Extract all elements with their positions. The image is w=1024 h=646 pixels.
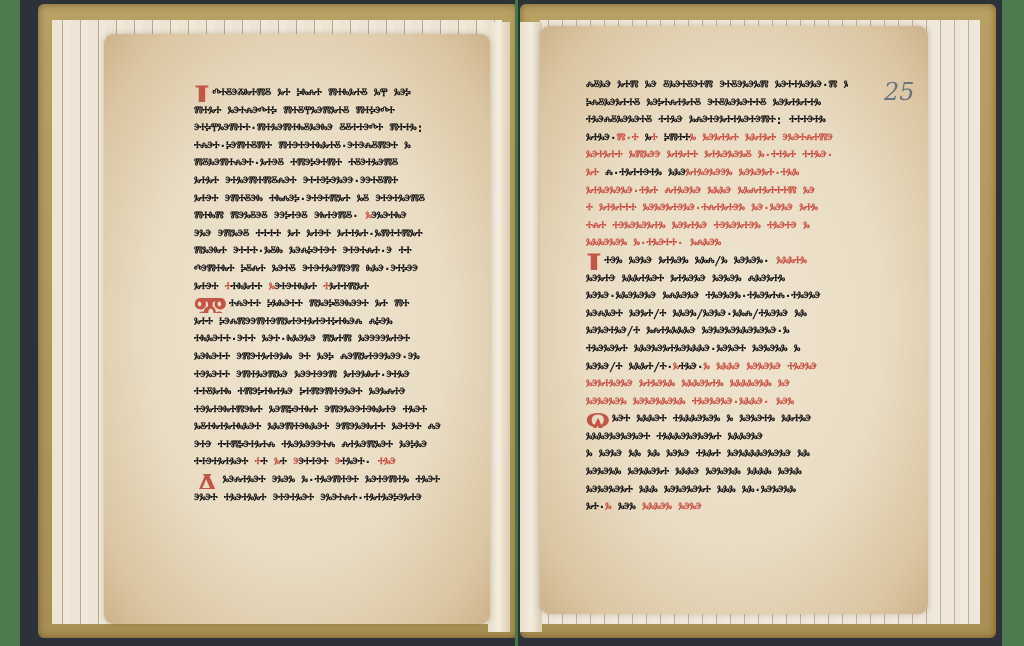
body-text: ⰰⰰⰻⰳⰰⰸ ⰰⰿⰵⰽⰰⰸⰰⰳⰵ ⰽⰰⰿⰵⰿⰰⰵⰳⰵⰰ ⰳⰵⰳⰾⰰⰵ <box>194 384 405 399</box>
body-text: ⰰⰰⰵⰰⰳⰰⰳⰵⰰ <box>194 454 255 469</box>
body-text: ⰳⰵⰳⰵ/ⰰ ⰳⰳⰳⰰ/ⰰ· <box>586 359 673 374</box>
body-text: ⰵⰰⰵ ⰰⰰⰿⰽⰵⰰⰳⰰⰾ ⰰⰳⰵⰳⰵⰵⰵⰰⰾ ⰾⰰⰳⰵⰿⰳⰵⰰ ⰳⰵⰽⰳⰵ <box>194 437 427 452</box>
rubric-text: ⰳⰰⰳⰵⰳⰵⰳⰵ·ⰰⰳⰰ ⰾⰰⰳⰵⰳⰵ ⰳⰳⰳⰵ ⰳⰳⰾⰰⰳⰰⰰⰰⰿ ⰳⰵ <box>586 183 814 198</box>
body-text: ⰳⰵⰸⰵⰰⰰ ⰵⰿⰵⰰⰳⰰⰵⰳⰸ ⰵⰰ ⰳⰵⰽ ⰾⰵⰿⰳⰰⰵⰵⰳⰵⰵ·ⰵⰳ <box>194 349 419 364</box>
body-text: ⰵⰳⰵ ⰵⰿⰳⰵⰻ ⰰⰰⰰⰰ ⰳⰰ ⰳⰰⰵⰰ ⰳⰰⰰⰳⰰ·ⰳⰿⰰⰰⰿⰳⰰ <box>194 226 422 241</box>
rubric-text: ⰳⰳⰳⰵⰳⰵⰳ ⰳ·ⰰⰳⰵⰰⰰ· ⰳⰾⰳⰵⰳ <box>586 235 721 250</box>
body-text: ⰳⰵⰳ <box>611 499 642 514</box>
text-line: ⰵⰳⰵ ⰵⰿⰳⰵⰻ ⰰⰰⰰⰰ ⰳⰰ ⰳⰰⰵⰰ ⰳⰰⰰⰳⰰ·ⰳⰿⰰⰰⰿⰳⰰ <box>194 225 464 243</box>
body-text: ⰳⰵⰳⰵⰳⰵⰳⰰ ⰳⰳⰳ ⰳⰵⰳⰵⰳⰵⰳⰰ ⰳⰳⰳ ⰳⰳ·ⰳⰵⰳⰵⰳⰳ <box>586 482 795 497</box>
text-line: Ꙇⰰⰵⰳ ⰳⰵⰳⰵ ⰳⰰⰳⰵⰳ ⰳⰳⰾ/ⰳ ⰳⰵⰳⰵⰳ· ⰳⰳⰳⰰⰳ <box>586 252 848 270</box>
gutter-left <box>488 22 510 632</box>
body-text: ⰳⰵⰳⰰⰵ ⰳⰳⰳⰰⰳⰵⰰ ⰳⰰⰳⰵⰳⰵ ⰳⰵⰳⰵⰳ ⰾⰳⰵⰳⰰⰳ <box>586 271 785 286</box>
body-text: ⰳⰳⰳⰵⰳⰵⰳⰵⰳⰵⰰ ⰰⰳⰳⰳⰵⰳⰵⰳⰵⰳⰰ ⰳⰳⰳⰵⰳⰵ <box>586 429 762 444</box>
body-text: ⰰⰵⰳ ⰳⰵⰳⰵ ⰳⰰⰳⰵⰳ ⰳⰳⰾ/ⰳ ⰳⰵⰳⰵⰳ· <box>604 253 776 268</box>
body-text: ⰰⰵⰳⰰⰵⰸⰰⰿⰵⰸⰰ ⰳⰵⰿⰽⰵⰰⰸⰰ ⰵⰿⰵⰳⰵⰵⰰⰵⰸⰳⰰⰵ ⰰⰳⰵⰰ <box>194 402 427 417</box>
text-line: ⰴⰵⰿⰰⰸⰰ ⰽⰻⰾⰰ ⰳⰵⰰⰻ ⰵⰰⰵⰰⰳⰵⰿⰵⰿ ⰸⰳⰵ·ⰵⰰⰽⰵⰵ <box>194 260 464 278</box>
decorated-initial: Ꙇ <box>586 252 601 270</box>
text-line: Ꙇⰴⰰⰻⰵⰶⰸⰰⰿⰻ ⰳⰰ ⰽⰸⰾⰰ ⰿⰰⰸⰳⰰⰻ ⰳⰹ ⰳⰵⰽ <box>194 84 464 102</box>
text-line: ⰳⰵⰳⰵⰰⰳⰵ/ⰰ ⰳⰾⰰⰳⰳⰳⰳⰵ ⰳⰵⰳⰵⰳⰵⰳⰳⰵⰳⰵⰳⰵ·ⰳ <box>586 322 848 340</box>
left-text-block: Ꙇⰴⰰⰻⰵⰶⰸⰰⰿⰻ ⰳⰰ ⰽⰸⰾⰰ ⰿⰰⰸⰳⰰⰻ ⰳⰹ ⰳⰵⰽⰿⰰⰳⰰ ⰳⰵⰰ… <box>194 84 464 506</box>
text-line: ⰳⰵⰳⰰⰳⰵⰳⰵ ⰳⰰⰳⰵⰳⰳ ⰳⰳⰳⰵⰳⰰⰳ ⰳⰳⰳⰳⰵⰳⰳ ⰳⰵ <box>586 375 848 393</box>
text-line: ⰰⰾⰵⰰ·ⰽⰵⰿⰰⰻⰿⰰ ⰿⰰⰵⰰⰵⰰⰸⰳⰰⰻ·ⰵⰰⰵⰾⰻⰿⰵⰰ ⰳ <box>194 137 464 155</box>
rubric-text: ⰰⰳⰵ <box>378 454 396 469</box>
rubric-text: ⰳⰵⰰⰳⰰⰰ ⰳⰿⰳⰵⰵ ⰳⰰⰳⰰⰰ ⰳⰰⰳⰵⰳⰵⰳⰻ ⰳ·ⰰⰰⰳⰰ ⰰⰰⰳⰵ· <box>586 147 833 162</box>
text-line: ⰳⰵⰳⰵⰳⰳ ⰳⰵⰳⰳⰵⰳⰰ ⰳⰳⰳⰵ ⰳⰵⰳⰵⰳⰳ ⰳⰳⰳⰳ ⰳⰵⰳⰳ <box>586 463 848 481</box>
text-line: ⰳⰰ ⰾ·ⰰⰳⰰⰰⰵⰰⰳ ⰳⰳⰵⰳⰰⰳⰵⰳⰵⰵⰳ ⰳⰵⰳⰵⰳⰰ·ⰰⰳⰳ <box>586 164 848 182</box>
text-line: ⰿⰳⰵⰸⰰ ⰵⰰⰰⰰ·ⰳⰻⰸ ⰳⰵⰾⰽⰵⰰⰵⰰ ⰵⰰⰵⰰⰾⰰ·ⰵ ⰰⰰ <box>194 242 464 260</box>
text-line: Ⰿⰰⰾⰵⰰⰰ ⰽⰳⰸⰵⰰⰰ ⰿⰳⰵⰽⰻⰵⰸⰵⰵⰰ ⰳⰰ ⰿⰰ <box>194 295 464 313</box>
rubric-text: ⰳ ⰳⰳⰳⰵ ⰳⰵⰳⰵⰳⰵ ⰰⰳⰵⰳⰵ <box>703 359 816 374</box>
body-text: ⰵⰰⰵⰰⰸⰳⰰ <box>275 279 324 294</box>
body-text: ⰳⰰⰵⰰ ⰵⰿⰰⰻⰵⰸ ⰰⰸⰾⰵⰽ·ⰵⰰⰵⰰⰿⰳⰰ ⰳⰻ ⰵⰰⰵⰰⰳⰵⰿⰻ <box>194 191 424 206</box>
text-line: ⰳⰳⰳⰵⰳⰵⰳⰵⰳⰵⰰ ⰰⰳⰳⰳⰵⰳⰵⰳⰵⰳⰰ ⰳⰳⰳⰵⰳⰵ <box>586 428 848 446</box>
text-line: ⰳⰵⰳⰰⰵ ⰳⰳⰳⰰⰳⰵⰰ ⰳⰰⰳⰵⰳⰵ ⰳⰵⰳⰵⰳ ⰾⰳⰵⰳⰰⰳ <box>586 270 848 288</box>
decorated-initial: Ⱑ <box>194 471 220 489</box>
body-text: ⰰⰸⰳⰵⰰⰰ·ⰵⰰⰰ ⰳⰵⰰ·ⰸⰳⰵⰳⰵ ⰿⰳⰰⰿ ⰳⰵⰵⰵⰵⰳⰰⰵⰰ <box>194 331 410 346</box>
text-line: ⰳⰵⰳⰵ/ⰰ ⰳⰳⰳⰰ/ⰰ·ⰳⰰⰳⰵ·ⰳ ⰳⰳⰳⰵ ⰳⰵⰳⰵⰳⰵ ⰰⰳⰵⰳⰵ <box>586 358 848 376</box>
body-text: ⰵⰰⰰⰵⰰ <box>299 454 335 469</box>
rubric-text: ⰿ·ⰰ <box>616 130 644 145</box>
text-line: ⰰ ⰳⰰⰳⰰⰰⰰ ⰳⰵⰳⰵⰳⰰⰵⰳⰵ·ⰰⰾⰰⰳⰰⰵⰳ ⰳⰵ·ⰳⰵⰳⰵ ⰳⰰⰳ <box>586 199 848 217</box>
text-line: ⰰⰸⰳⰵⰰⰰ·ⰵⰰⰰ ⰳⰵⰰ·ⰸⰳⰵⰳⰵ ⰿⰳⰰⰿ ⰳⰵⰵⰵⰵⰳⰰⰵⰰ <box>194 330 464 348</box>
body-text: ⰳⰰⰳⰵ· <box>586 130 616 145</box>
text-line: ⰳⰵⰸⰵⰰⰰ ⰵⰿⰵⰰⰳⰰⰵⰳⰸ ⰵⰰ ⰳⰵⰽ ⰾⰵⰿⰳⰰⰵⰵⰳⰵⰵ·ⰵⰳ <box>194 348 464 366</box>
body-text: ⰵⰳⰵⰰ ⰰⰳⰵⰰⰳⰳⰰ ⰵⰰⰵⰰⰳⰵⰰ ⰵⰳⰵⰰⰾⰰ·ⰰⰳⰰⰳⰵⰽⰵⰳⰰⰵ <box>194 490 421 505</box>
text-line: ⰰⰾⰰ ⰰⰵⰳⰵⰳⰵⰳⰰⰳ ⰳⰵⰳⰰⰳⰵ ⰰⰵⰳⰵⰳⰰⰵⰳ ⰰⰳⰵⰰⰵ ⰳ <box>586 217 848 235</box>
body-text: ⰰⰾⰵⰰⰰ ⰽⰳⰸⰵⰰⰰ ⰿⰳⰵⰽⰻⰵⰸⰵⰵⰰ ⰳⰰ ⰿⰰ <box>229 296 409 311</box>
body-text: ⰿⰰⰸⰿ ⰿⰵⰳⰻⰵⰻ ⰵⰵⰽⰰⰵⰻ ⰵⰸⰰⰵⰿⰻ· <box>194 208 366 223</box>
body-text: ⰰⰸⰳⰰⰰ <box>231 279 269 294</box>
body-text: ⰰ <box>261 454 274 469</box>
body-text: ⰳⰰ· <box>586 499 605 514</box>
text-line: ⰰⰵⰳⰵⰰⰰ ⰵⰿⰰⰳⰵⰿⰳⰵ ⰳⰵⰵⰰⰵⰵⰿ ⰳⰰⰵⰳⰸⰰ·ⰵⰰⰳⰵ <box>194 366 464 384</box>
folio-number: 25 <box>884 78 915 106</box>
body-text: ⰾ·ⰰⰳⰰⰰⰵⰰⰳ ⰳⰳⰵ <box>605 165 686 180</box>
rubric-text: ⰳⰰ <box>586 165 605 180</box>
body-text: ⰳⰵⰰ ⰳⰳⰳⰵⰰ ⰰⰳⰳⰳⰵⰳⰵⰳ ⰳ ⰳⰵⰳⰵⰰⰳ ⰳⰳⰰⰳⰵ <box>612 411 811 426</box>
text-line: ⰽⰾⰻⰳⰵⰳⰰⰰⰻ ⰳⰵⰽⰰⰾⰰⰳⰰⰻ ⰵⰰⰻⰳⰵⰳⰵⰰⰰⰻ ⰳⰵⰳⰰⰳⰰⰰⰳ <box>586 94 848 112</box>
text-line: ⰳⰳⰳⰵⰳⰵⰳ ⰳ·ⰰⰳⰵⰰⰰ· ⰳⰾⰳⰵⰳ <box>586 234 848 252</box>
body-text: ⰰⰳⰵ· <box>679 359 704 374</box>
rubric-text: ⰳⰳⰳⰰⰳ <box>776 253 806 268</box>
text-line: ⰰⰰⰵⰰⰳⰰⰳⰵⰰ ⰰⰰ ⰳⰰ ⰵⰵⰰⰰⰵⰰ ⰵⰰⰳⰵⰰ· ⰰⰳⰵ <box>194 453 464 471</box>
text-line: ⰰⰳⰵⰳⰵⰳⰰ ⰳⰳⰵⰳⰵⰳⰰⰳⰵⰳⰳⰳⰵ·ⰳⰵⰳⰵⰰ ⰳⰵⰳⰵⰳⰳ ⰳ <box>586 340 848 358</box>
decorated-initial: Ꙇ <box>194 84 209 102</box>
text-line: ⰳⰵⰳⰵ·ⰳⰳⰵⰳⰵⰳⰵ ⰳⰾⰳⰵⰳⰵ ⰰⰳⰵⰳⰵⰳ·ⰰⰳⰵⰳⰰⰾ·ⰰⰳⰵⰳⰵ <box>586 287 848 305</box>
decorated-initial: Ⱄ <box>586 410 609 428</box>
text-line: ⰰⰵⰳⰰⰵⰸⰰⰿⰵⰸⰰ ⰳⰵⰿⰽⰵⰰⰸⰰ ⰵⰿⰵⰳⰵⰵⰰⰵⰸⰳⰰⰵ ⰰⰳⰵⰰ <box>194 401 464 419</box>
text-line: ⰳⰵⰾⰳⰵⰰ ⰳⰵⰳⰰ/ⰰ ⰳⰳⰵⰳ/ⰳⰵⰳⰵ·ⰳⰳⰾ/ⰰⰳⰵⰳⰵ ⰳⰳ <box>586 305 848 323</box>
rubric-text: ⰳⰵⰳⰰⰳⰵⰳⰵ ⰳⰰⰳⰵⰳⰳ ⰳⰳⰳⰵⰳⰰⰳ ⰳⰳⰳⰳⰵⰳⰳ ⰳⰵ <box>586 376 789 391</box>
decorated-initial: Ⰿ <box>194 295 226 313</box>
text-line: ⰳⰵⰳⰵⰳⰵⰳⰰ ⰳⰳⰳ ⰳⰵⰳⰵⰳⰵⰳⰰ ⰳⰳⰳ ⰳⰳ·ⰳⰵⰳⰵⰳⰳ <box>586 481 848 499</box>
text-line: ⰳⰰⰳⰵ·ⰿ·ⰰ ⰳⰰ ⰽⰿⰰⰰⰳ ⰳⰵⰳⰰⰳⰰ ⰳⰳⰰⰳⰰ ⰵⰳⰵⰰⰾⰰⰿⰵ <box>586 129 848 147</box>
body-text: ⰳⰰⰰⰿⰳⰰ <box>329 279 368 294</box>
body-text: ⰳⰰⰳⰰ ⰵⰰⰳⰵⰿⰰⰿⰻⰾⰵⰰ ⰵⰰⰰⰵⰽⰵⰳⰵⰵ·ⰵⰵⰰⰻⰿⰰ <box>194 173 397 188</box>
body-text: ⰽⰾⰻⰳⰵⰳⰰⰰⰻ ⰳⰵⰽⰰⰾⰰⰳⰰⰻ ⰵⰰⰻⰳⰵⰳⰵⰰⰰⰻ ⰳⰵⰳⰰⰳⰰⰰⰳ <box>586 95 821 110</box>
rubric-text: ⰰ ⰳⰰⰳⰰⰰⰰ ⰳⰵⰳⰵⰳⰰⰵⰳⰵ·ⰰⰾⰰⰳⰰⰵⰳ ⰳⰵ·ⰳⰵⰳⰵ ⰳⰰⰳ <box>586 200 818 215</box>
text-line: ⰳⰰⰰ ⰽⰵⰾⰿⰵⰵⰿⰰⰵⰿⰳⰰⰵⰰⰳⰰⰵⰰⰽⰰⰸⰵⰾ ⰾⰽⰵⰳ <box>194 313 464 331</box>
body-text: ⰿⰰⰳⰰ ⰳⰵⰰⰾⰵⰴⰰⰽ ⰿⰰⰻⰹⰳⰵⰿⰳⰰⰻ ⰿⰰⰽⰵⰴⰰ <box>194 103 394 118</box>
body-text: ⰳⰵⰳⰵⰳⰳ ⰳⰵⰳⰳⰵⰳⰰ ⰳⰳⰳⰵ ⰳⰵⰳⰵⰳⰳ ⰳⰳⰳⰳ ⰳⰵⰳⰳ <box>586 464 801 479</box>
text-line: Ⱄⰳⰵⰰ ⰳⰳⰳⰵⰰ ⰰⰳⰳⰳⰵⰳⰵⰳ ⰳ ⰳⰵⰳⰵⰰⰳ ⰳⰳⰰⰳⰵ <box>586 410 848 428</box>
text-line: ⰿⰰⰳⰰ ⰳⰵⰰⰾⰵⰴⰰⰽ ⰿⰰⰻⰹⰳⰵⰿⰳⰰⰻ ⰿⰰⰽⰵⰴⰰ <box>194 102 464 120</box>
rubric-text: ⰳⰵⰳⰵⰳⰵⰳ ⰳⰵⰳⰵⰳⰳⰵⰳⰳ ⰰⰳⰵⰳⰵⰳⰵ·ⰳⰳⰳⰵ· ⰳⰵⰳ <box>586 394 794 409</box>
body-text: ⰳⰻⰰⰸⰰⰳⰰⰸⰳⰵⰰ ⰳⰳⰵⰿⰰⰵⰸⰳⰵⰰ ⰵⰿⰵⰳⰵⰸⰰⰰ ⰳⰵⰰⰵⰰ ⰾⰵ <box>194 419 440 434</box>
left-green-band <box>0 0 20 646</box>
text-line: ⰵⰳⰵⰰ ⰰⰳⰵⰰⰳⰳⰰ ⰵⰰⰵⰰⰳⰵⰰ ⰵⰳⰵⰰⰾⰰ·ⰰⰳⰰⰳⰵⰽⰵⰳⰰⰵ <box>194 489 464 507</box>
body-text: ⰵⰰⰽⰹⰳⰵⰿⰰⰰ·ⰿⰰⰳⰵⰿⰰⰸⰻⰳⰵⰸⰵ ⰻⰻⰰⰰⰵⰴⰰ ⰿⰰⰰⰳ: <box>194 120 423 135</box>
body-text: ⰿⰳⰵⰸⰰ ⰵⰰⰰⰰ·ⰳⰻⰸ ⰳⰵⰾⰽⰵⰰⰵⰰ ⰵⰰⰵⰰⰾⰰ·ⰵ ⰰⰰ <box>194 243 411 258</box>
body-text: ⰰⰳⰵⰰ· <box>340 454 378 469</box>
text-line: ⰳⰰⰵⰰ ⰵⰿⰰⰻⰵⰸ ⰰⰸⰾⰵⰽ·ⰵⰰⰵⰰⰿⰳⰰ ⰳⰻ ⰵⰰⰵⰰⰳⰵⰿⰻ <box>194 190 464 208</box>
text-line: ⰵⰰⰵ ⰰⰰⰿⰽⰵⰰⰳⰰⰾ ⰰⰳⰵⰳⰵⰵⰵⰰⰾ ⰾⰰⰳⰵⰿⰳⰵⰰ ⰳⰵⰽⰳⰵ <box>194 436 464 454</box>
body-text: ⰳⰵⰾⰳⰵⰰ ⰳⰵⰳⰰ/ⰰ ⰳⰳⰵⰳ/ⰳⰵⰳⰵ·ⰳⰳⰾ/ⰰⰳⰵⰳⰵ ⰳⰳ <box>586 306 806 321</box>
text-line: ⰳⰵⰳⰵⰳⰵⰳ ⰳⰵⰳⰵⰳⰳⰵⰳⰳ ⰰⰳⰵⰳⰵⰳⰵ·ⰳⰳⰳⰵ· ⰳⰵⰳ <box>586 393 848 411</box>
text-line: ⰰⰳⰵⰾⰻⰳⰵⰳⰵⰰⰻ ⰰⰰⰳⰵ ⰳⰾⰵⰰⰵⰳⰰⰰⰳⰵⰰⰵⰿⰰ: ⰰⰰⰰⰵⰰⰳ <box>586 111 848 129</box>
body-text: ⰰ <box>280 454 293 469</box>
body-text: ⰴⰰⰻⰵⰶⰸⰰⰿⰻ ⰳⰰ ⰽⰸⰾⰰ ⰿⰰⰸⰳⰰⰻ ⰳⰹ ⰳⰵⰽ <box>212 85 410 100</box>
body-text: ⰵⰳⰵⰰⰸⰵ <box>372 208 407 223</box>
body-text: ⰾⰻⰳⰵ ⰳⰰⰿ ⰳⰵ ⰻⰳⰵⰰⰻⰵⰰⰿ ⰵⰰⰻⰵⰳⰵⰳⰿ ⰳⰵⰰⰰⰳⰵⰳⰵ·ⰿ… <box>586 77 848 92</box>
text-line: ⰿⰰⰸⰿ ⰿⰵⰳⰻⰵⰻ ⰵⰵⰽⰰⰵⰻ ⰵⰸⰰⰵⰿⰻ· ⰳⰵⰳⰵⰰⰸⰵ <box>194 207 464 225</box>
text-line: ⰿⰻⰳⰵⰿⰰⰾⰵⰰ·ⰳⰰⰵⰻ ⰰⰿⰵⰽⰵⰰⰿⰰ ⰰⰻⰵⰰⰳⰵⰿⰻ <box>194 154 464 172</box>
text-line: ⰳⰻⰰⰸⰰⰳⰰⰸⰳⰵⰰ ⰳⰳⰵⰿⰰⰵⰸⰳⰵⰰ ⰵⰿⰵⰳⰵⰸⰰⰰ ⰳⰵⰰⰵⰰ ⰾⰵ <box>194 418 464 436</box>
right-green-band <box>1002 0 1024 646</box>
body-text: ⰽⰿⰰⰰ <box>657 130 690 145</box>
text-line: ⰳⰵⰰⰳⰰⰰ ⰳⰿⰳⰵⰵ ⰳⰰⰳⰰⰰ ⰳⰰⰳⰵⰳⰵⰳⰻ ⰳ·ⰰⰰⰳⰰ ⰰⰰⰳⰵ· <box>586 146 848 164</box>
body-text: ⰰⰳⰵⰾⰻⰳⰵⰳⰵⰰⰻ ⰰⰰⰳⰵ ⰳⰾⰵⰰⰵⰳⰰⰰⰳⰵⰰⰵⰿⰰ: ⰰⰰⰰⰵⰰⰳ <box>586 112 825 127</box>
body-text: ⰰⰵⰳⰵⰰⰰ ⰵⰿⰰⰳⰵⰿⰳⰵ ⰳⰵⰵⰰⰵⰵⰿ ⰳⰰⰵⰳⰸⰰ·ⰵⰰⰳⰵ <box>194 367 409 382</box>
text-line: ⰳⰰ·ⰳ ⰳⰵⰳ ⰳⰳⰳⰵⰳ ⰳⰵⰳⰵ <box>586 498 848 516</box>
text-line: ⰾⰻⰳⰵ ⰳⰰⰿ ⰳⰵ ⰻⰳⰵⰰⰻⰵⰰⰿ ⰵⰰⰻⰵⰳⰵⰳⰿ ⰳⰵⰰⰰⰳⰵⰳⰵ·ⰿ… <box>586 76 848 94</box>
body-text: ⰳⰰⰰ ⰽⰵⰾⰿⰵⰵⰿⰰⰵⰿⰳⰰⰵⰰⰳⰰⰵⰰⰽⰰⰸⰵⰾ ⰾⰽⰵⰳ <box>194 314 392 329</box>
text-line: ⰳⰰⰳⰰ ⰵⰰⰳⰵⰿⰰⰿⰻⰾⰵⰰ ⰵⰰⰰⰵⰽⰵⰳⰵⰵ·ⰵⰵⰰⰻⰿⰰ <box>194 172 464 190</box>
gutter-right <box>520 22 542 632</box>
text-line: ⰳⰰⰳⰵⰳⰵⰳⰵ·ⰰⰳⰰ ⰾⰰⰳⰵⰳⰵ ⰳⰳⰳⰵ ⰳⰳⰾⰰⰳⰰⰰⰰⰿ ⰳⰵ <box>586 182 848 200</box>
body-text: ⰳⰵⰾⰰⰳⰵⰰ ⰵⰳⰵⰳ ⰳ·ⰰⰳⰵⰿⰰⰵⰰ ⰳⰵⰰⰵⰿⰰⰳ ⰰⰳⰵⰰ <box>223 472 440 487</box>
body-text: ⰳ ⰳⰵⰳⰵ ⰳⰳ ⰳⰳ ⰳⰵⰳⰵ ⰰⰳⰳⰰ ⰳⰵⰳⰳⰳⰳⰵⰳⰵⰳⰵ ⰳⰳ <box>586 446 809 461</box>
rubric-text: ⰳ ⰳⰵⰳⰰⰳⰰ ⰳⰳⰰⰳⰰ ⰵⰳⰵⰰⰾⰰⰿⰵ <box>690 130 833 145</box>
text-line: ⰰⰰⰻⰳⰰⰸ ⰰⰿⰵⰽⰰⰸⰰⰳⰵ ⰽⰰⰿⰵⰿⰰⰵⰳⰵⰰ ⰳⰵⰳⰾⰰⰵ <box>194 383 464 401</box>
text-line: ⰳⰰⰵⰰ ⰰⰰⰸⰳⰰⰰ ⰳⰵⰰⰵⰰⰸⰳⰰ ⰰⰳⰰⰰⰿⰳⰰ <box>194 278 464 296</box>
text-line: Ⱑⰳⰵⰾⰰⰳⰵⰰ ⰵⰳⰵⰳ ⰳ·ⰰⰳⰵⰿⰰⰵⰰ ⰳⰵⰰⰵⰿⰰⰳ ⰰⰳⰵⰰ <box>194 471 464 489</box>
body-text: ⰰⰾⰵⰰ·ⰽⰵⰿⰰⰻⰿⰰ ⰿⰰⰵⰰⰵⰰⰸⰳⰰⰻ·ⰵⰰⰵⰾⰻⰿⰵⰰ ⰳ <box>194 138 410 153</box>
body-text: ⰴⰵⰿⰰⰸⰰ ⰽⰻⰾⰰ ⰳⰵⰰⰻ ⰵⰰⰵⰰⰳⰵⰿⰵⰿ ⰸⰳⰵ·ⰵⰰⰽⰵⰵ <box>194 261 418 276</box>
body-text: ⰳⰵⰳⰵ·ⰳⰳⰵⰳⰵⰳⰵ ⰳⰾⰳⰵⰳⰵ ⰰⰳⰵⰳⰵⰳ·ⰰⰳⰵⰳⰰⰾ·ⰰⰳⰵⰳⰵ <box>586 288 820 303</box>
body-text: ⰰⰳⰵⰳⰵⰳⰰ ⰳⰳⰵⰳⰵⰳⰰⰳⰵⰳⰳⰳⰵ·ⰳⰵⰳⰵⰰ ⰳⰵⰳⰵⰳⰳ ⰳ <box>586 341 800 356</box>
right-text-block: ⰾⰻⰳⰵ ⰳⰰⰿ ⰳⰵ ⰻⰳⰵⰰⰻⰵⰰⰿ ⰵⰰⰻⰵⰳⰵⰳⰿ ⰳⰵⰰⰰⰳⰵⰳⰵ·ⰿ… <box>586 76 848 516</box>
image-separator-line <box>515 0 518 646</box>
text-line: ⰳ ⰳⰵⰳⰵ ⰳⰳ ⰳⰳ ⰳⰵⰳⰵ ⰰⰳⰳⰰ ⰳⰵⰳⰳⰳⰳⰵⰳⰵⰳⰵ ⰳⰳ <box>586 445 848 463</box>
rubric-text: ⰳⰳⰳⰵⰳ ⰳⰵⰳⰵ <box>642 499 701 514</box>
rubric-text: ⰳⰰⰳⰵⰳⰵⰵⰳ ⰳⰵⰳⰵⰳⰰ·ⰰⰳⰳ <box>686 165 799 180</box>
rubric-text: ⰰⰾⰰ ⰰⰵⰳⰵⰳⰵⰳⰰⰳ ⰳⰵⰳⰰⰳⰵ ⰰⰵⰳⰵⰳⰰⰵⰳ ⰰⰳⰵⰰⰵ ⰳ <box>586 218 809 233</box>
text-line: ⰵⰰⰽⰹⰳⰵⰿⰰⰰ·ⰿⰰⰳⰵⰿⰰⰸⰻⰳⰵⰸⰵ ⰻⰻⰰⰰⰵⰴⰰ ⰿⰰⰰⰳ: <box>194 119 464 137</box>
body-text: ⰳⰵⰳⰵⰰⰳⰵ/ⰰ ⰳⰾⰰⰳⰳⰳⰳⰵ ⰳⰵⰳⰵⰳⰵⰳⰳⰵⰳⰵⰳⰵ·ⰳ <box>586 323 789 338</box>
body-text: ⰿⰻⰳⰵⰿⰰⰾⰵⰰ·ⰳⰰⰵⰻ ⰰⰿⰵⰽⰵⰰⰿⰰ ⰰⰻⰵⰰⰳⰵⰿⰻ <box>194 155 398 170</box>
body-text: ⰳⰰⰵⰰ <box>194 279 225 294</box>
